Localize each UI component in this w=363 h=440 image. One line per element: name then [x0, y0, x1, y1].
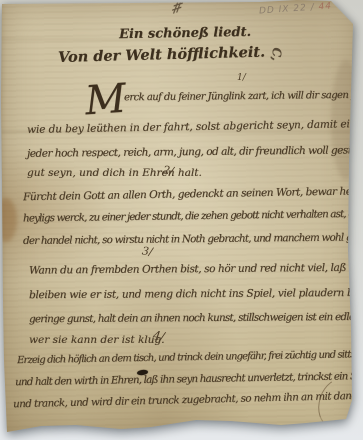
- manuscript-line: bleiben wie er ist, und meng dich nicht …: [29, 287, 363, 301]
- manuscript-line: heyligs werck, zu einer jeder stundt, di…: [23, 208, 363, 225]
- photo-background: # DD IX 22 / 44 Ein schöneß liedt. Von d…: [0, 0, 363, 440]
- stanza-marker-1: 1/: [237, 73, 246, 83]
- shelfmark-main: DD IX 22 /: [259, 3, 315, 17]
- manuscript-line: wer sie kann der ist klug.: [29, 334, 164, 346]
- manuscript-line: erck auf du feiner Jünglink zart, ich wi…: [124, 90, 363, 104]
- manuscript-line: gut seyn, und dich in Ehren halt.: [27, 167, 202, 179]
- manuscript-line: Fürcht dein Gott an allen Orth, gedenckt…: [23, 185, 363, 203]
- stanza-marker-3: 3/: [141, 244, 153, 258]
- pen-flourish-small: C,: [269, 47, 284, 61]
- manuscript-line: Wann du an frembden Orthen bist, so hör …: [29, 261, 363, 276]
- archival-shelfmark: DD IX 22 / 44: [259, 1, 333, 16]
- stanza-marker-4: 4/: [152, 328, 166, 343]
- manuscript-line: der handel nicht, so wirstu nicht in Not…: [23, 231, 363, 247]
- manuscript-line: und halt den wirth in Ehren, laß ihn sey…: [15, 370, 363, 388]
- manuscript-line: jeder hoch respect, reich, arm, jung, od…: [27, 144, 363, 160]
- subtitle-line: Von der Welt höfflichkeit. C,: [58, 43, 284, 66]
- subtitle-text: Von der Welt höfflichkeit.: [58, 44, 265, 66]
- manuscript-line: Erzeig dich höflich an dem tisch, und tr…: [17, 349, 363, 366]
- hash-mark: #: [170, 0, 186, 19]
- title-line: Ein schöneß liedt.: [119, 25, 251, 42]
- paper-stain: [0, 198, 17, 242]
- manuscript-line: und tranck, und wird dir ein trunck zuge…: [13, 390, 363, 411]
- stanza-marker-2: 2/: [162, 163, 174, 177]
- manuscript-line: geringe gunst, halt dein an ihnen noch k…: [29, 311, 363, 325]
- decorated-initial: M: [84, 79, 128, 122]
- manuscript-page: # DD IX 22 / 44 Ein schöneß liedt. Von d…: [1, 0, 358, 437]
- manuscript-line: wie du bey leüthen in der fahrt, solst a…: [27, 118, 357, 136]
- shelfmark-suffix: 44: [318, 1, 332, 12]
- manuscript-page-wrap: # DD IX 22 / 44 Ein schöneß liedt. Von d…: [0, 0, 363, 440]
